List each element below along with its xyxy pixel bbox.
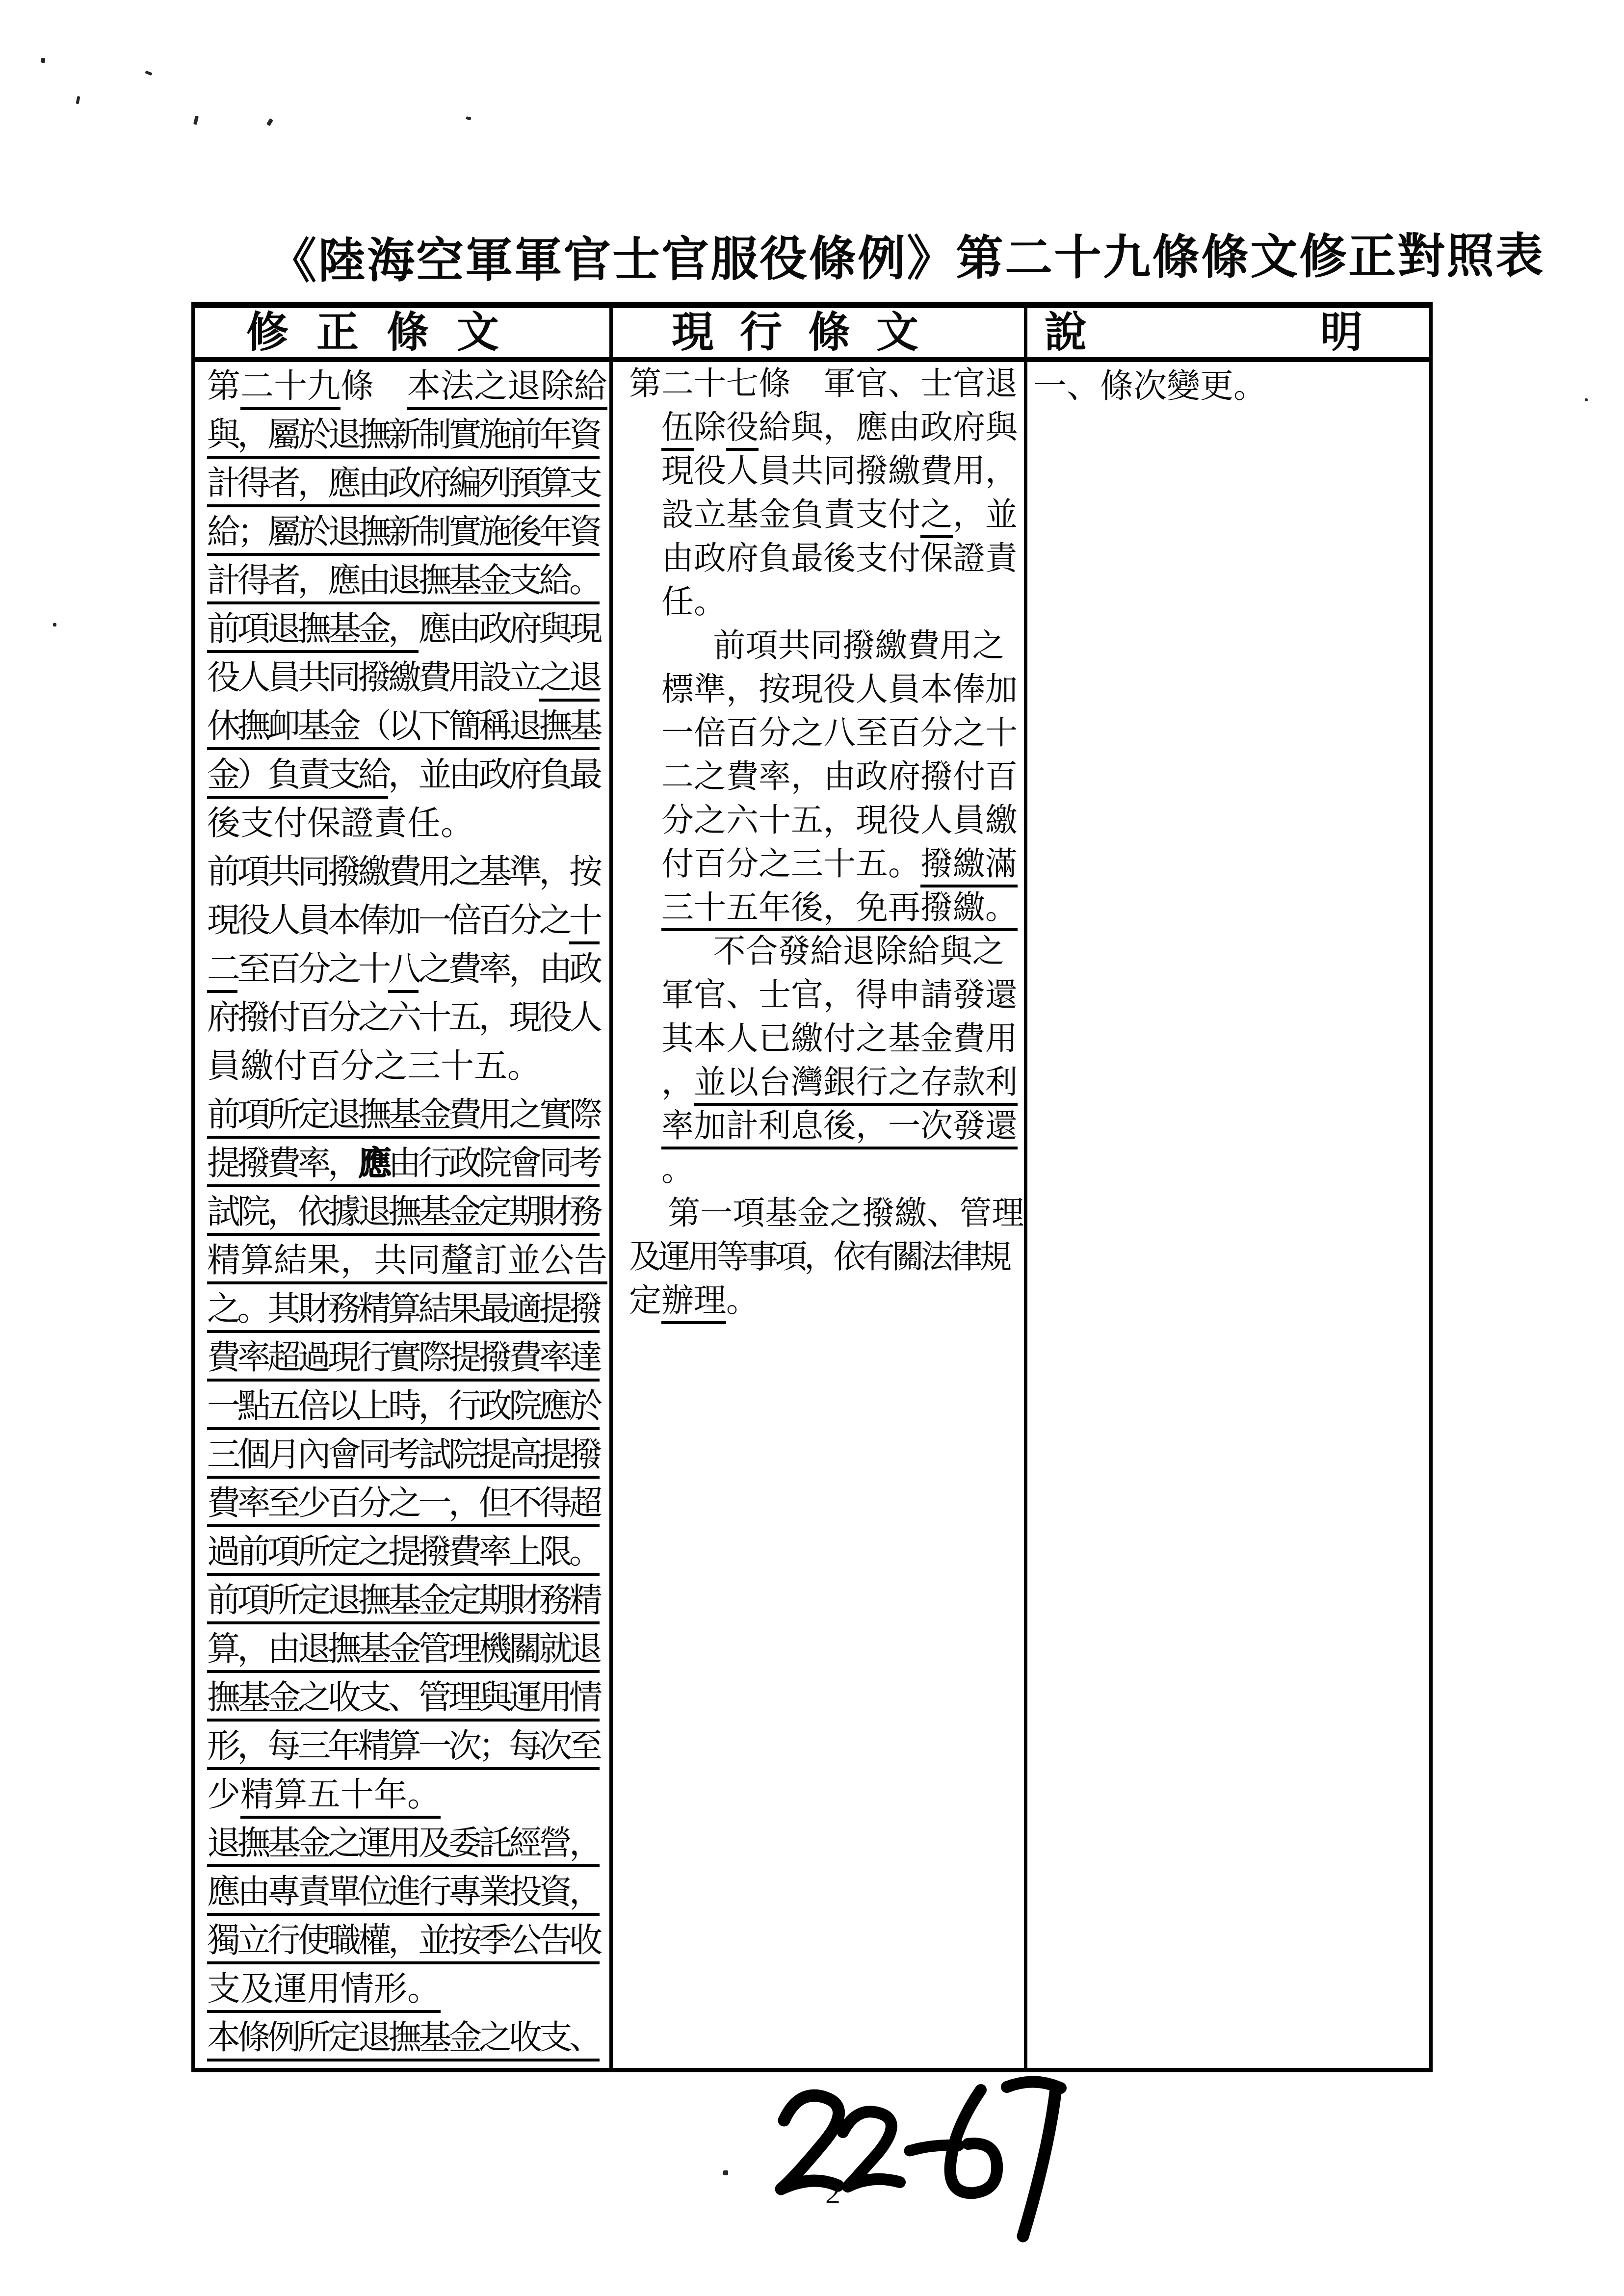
underlined-text: 獨立行使職權，並按季公告收 bbox=[207, 1922, 600, 1964]
text-line: 。 bbox=[661, 1148, 1024, 1192]
scan-speck bbox=[466, 116, 471, 120]
header-cell-current: 現行條文 bbox=[613, 308, 1027, 357]
plain-text: 軍官、士官退 bbox=[823, 366, 1018, 402]
underlined-text: 應由專責單位進行專業投資， bbox=[207, 1873, 600, 1916]
text-line: 前項共同撥繳費用之 bbox=[713, 624, 1024, 668]
text-line: 撫基金之收支、管理與運用情 bbox=[207, 1673, 609, 1722]
header-char: 說 bbox=[1045, 312, 1087, 354]
text-line: 員繳付百分之三十五。 bbox=[207, 1042, 609, 1091]
plain-text: 由政府負最後支付保證責 bbox=[661, 541, 1018, 576]
plain-text: 後支付保證責任。 bbox=[207, 805, 474, 842]
text-line: 後支付保證責任。 bbox=[207, 799, 609, 848]
text-line: 伍除役給與，應由政府與 bbox=[661, 406, 1024, 449]
document-title: 《陸海空軍軍官士官服役條例》第二十九條條文修正對照表 bbox=[269, 217, 1545, 291]
underlined-text: 本條例所定退撫基金之收支、 bbox=[207, 2019, 600, 2061]
underlined-text: 役 bbox=[726, 410, 759, 451]
text-line: 分之六十五，現役人員繳 bbox=[661, 799, 1024, 842]
plain-text: 任。 bbox=[661, 584, 726, 620]
underlined-text: 提撥費率， bbox=[207, 1145, 358, 1187]
plain-text: 條 bbox=[341, 367, 374, 405]
underlined-text: 二 bbox=[207, 950, 237, 993]
underlined-text: 過前項所定之提撥費率上限。 bbox=[207, 1533, 600, 1576]
scan-speck bbox=[76, 96, 80, 104]
underlined-text: 支及運用情形。 bbox=[207, 1970, 441, 2013]
text-line: 給；屬於退撫新制實施後年資 bbox=[207, 508, 609, 556]
text-line: 定辦理。 bbox=[629, 1279, 1024, 1323]
scan-speck bbox=[193, 115, 199, 125]
scan-speck bbox=[1585, 398, 1588, 401]
amended-text-cell: 第二十九條 本法之退除給與，屬於退撫新制實施前年資計得者，應由政府編列預算支給；… bbox=[195, 362, 613, 2068]
text-line: 之。其財務精算結果最適提撥 bbox=[207, 1285, 609, 1333]
plain-text: 付百分之三十五。 bbox=[661, 846, 920, 882]
text-line: 前項所定退撫基金費用之實際 bbox=[207, 1091, 609, 1139]
underlined-text: 之 bbox=[920, 497, 953, 538]
plain-text: 二之費率，由政府撥付百 bbox=[661, 759, 1018, 795]
scan-speck bbox=[53, 623, 56, 626]
plain-text: 府撥付百分之六十五，現役人 bbox=[207, 999, 600, 1036]
scan-speck bbox=[145, 71, 152, 76]
text-line: 過前項所定之提撥費率上限。 bbox=[207, 1528, 609, 1576]
text-line: 與，屬於退撫新制實施前年資 bbox=[207, 411, 609, 459]
text-line: 支及運用情形。 bbox=[207, 1965, 609, 2013]
text-line: 第二十七條 軍官、士官退 bbox=[629, 362, 1024, 406]
text-line: 軍官、士官，得申請發還 bbox=[661, 973, 1024, 1017]
text-line: ，並以台灣銀行之存款利 bbox=[661, 1061, 1024, 1104]
header-char: 行 bbox=[740, 312, 782, 354]
text-line: 二之費率，由政府撥付百 bbox=[661, 755, 1024, 799]
underlined-text: 精算五十年。 bbox=[240, 1776, 441, 1819]
plain-text: ，並 bbox=[953, 497, 1018, 533]
plain-text: ，並由政府負最 bbox=[388, 756, 600, 793]
plain-text: 第二十七條 bbox=[629, 366, 791, 402]
text-line: 設立基金負責支付之，並 bbox=[661, 493, 1024, 537]
text-line: 其本人已繳付之基金費用 bbox=[661, 1017, 1024, 1061]
plain-text bbox=[374, 367, 407, 405]
plain-text: 第 bbox=[207, 367, 240, 405]
header-char: 條 bbox=[808, 312, 850, 354]
header-char: 正 bbox=[316, 312, 359, 354]
underlined-text: 二十九 bbox=[240, 367, 341, 410]
plain-text: 一、條次變更。 bbox=[1033, 367, 1267, 405]
header-char: 現 bbox=[672, 312, 714, 354]
header-char: 修 bbox=[246, 312, 288, 354]
underlined-text: 精算結果，共同釐訂並公告 bbox=[207, 1242, 607, 1284]
underlined-text: 率加計利息後，一次發還 bbox=[661, 1108, 1018, 1149]
underlined-text: 並以台灣銀行之存款利 bbox=[694, 1065, 1018, 1106]
underlined-text: 計得者，應由退撫基金支給。 bbox=[207, 562, 600, 604]
text-line: 現役人員本俸加一倍百分之十 bbox=[207, 896, 609, 945]
underlined-text: 試院，依據退撫基金定期財務 bbox=[207, 1193, 600, 1236]
header-char: 明 bbox=[1320, 312, 1362, 354]
text-line: 費率至少百分之一，但不得超 bbox=[207, 1479, 609, 1528]
plain-text: 分之六十五，現役人員繳 bbox=[661, 803, 1018, 838]
text-line: 一點五倍以上時，行政院應於 bbox=[207, 1382, 609, 1431]
text-line: 役人員共同撥繳費用設立之退 bbox=[207, 653, 609, 702]
text-line: 一、條次變更。 bbox=[1033, 362, 1429, 411]
plain-text bbox=[791, 366, 823, 402]
underlined-text: 應 bbox=[358, 1145, 389, 1187]
text-line: 形，每三年精算一次；每次至 bbox=[207, 1722, 609, 1771]
explanation-text-cell: 一、條次變更。 bbox=[1027, 362, 1429, 2068]
text-line: 三十五年後，免再撥繳。 bbox=[661, 886, 1024, 930]
underlined-text: 撫基金之收支、管理與運用情 bbox=[207, 1679, 600, 1722]
underlined-text: 金）負責支給 bbox=[207, 756, 388, 799]
underlined-text: 給；屬於退撫新制實施後年資 bbox=[207, 513, 600, 556]
underlined-text: 退撫基金之運用及委託經營， bbox=[207, 1825, 600, 1867]
underlined-text: 前項所定退撫基金費用之實際 bbox=[207, 1096, 600, 1139]
plain-text: 標準，按現役人員本俸加 bbox=[661, 672, 1018, 707]
header-char: 條 bbox=[387, 312, 429, 354]
underlined-text: 由行政院會同考 bbox=[388, 1145, 600, 1187]
text-line: 提撥費率，應由行政院會同考 bbox=[207, 1139, 609, 1188]
handwritten-note bbox=[756, 2065, 1089, 2262]
text-line: 前項共同撥繳費用之基準，按 bbox=[207, 848, 609, 896]
plain-text: 軍官、士官，得申請發還 bbox=[661, 977, 1018, 1013]
text-line: 本條例所定退撫基金之收支、 bbox=[207, 2013, 609, 2062]
plain-text: 應由政府與現 bbox=[419, 610, 600, 648]
text-line: 應由專責單位進行專業投資， bbox=[207, 1868, 609, 1916]
text-line: 計得者，應由政府編列預算支 bbox=[207, 459, 609, 508]
underlined-text: 一點五倍以上時，行政院應於 bbox=[207, 1387, 600, 1430]
underlined-text: 之。其財務精算結果最適提撥 bbox=[207, 1290, 600, 1333]
text-line: 算，由退撫基金管理機關就退 bbox=[207, 1625, 609, 1673]
text-line: 及運用等事項，依有關法律規 bbox=[629, 1235, 1024, 1279]
text-line: 前項退撫基金，應由政府與現 bbox=[207, 605, 609, 653]
plain-text: 之費率，由政 bbox=[419, 950, 600, 988]
text-line: 休撫卹基金（以下簡稱退撫基 bbox=[207, 702, 609, 751]
plain-text: 及運用等事項，依有關法律規 bbox=[629, 1239, 1009, 1275]
plain-text: ， bbox=[661, 1065, 694, 1100]
plain-text: 員繳付百分之三十五。 bbox=[207, 1047, 541, 1085]
header-cell-amended: 修正條文 bbox=[195, 308, 613, 357]
underlined-text: 三個月內會同考試院提高提撥 bbox=[207, 1436, 600, 1479]
plain-text: 現役人員共同撥繳費用， bbox=[661, 453, 1018, 489]
scan-speck bbox=[723, 2170, 728, 2175]
text-line: 二至百分之十八之費率，由政 bbox=[207, 945, 609, 993]
text-line: 府撥付百分之六十五，現役人 bbox=[207, 993, 609, 1042]
underlined-text: 形，每三年精算一次；每次至 bbox=[207, 1727, 600, 1770]
page-number: 2 bbox=[825, 2176, 840, 2211]
plain-text: 其本人已繳付之基金費用 bbox=[661, 1021, 1018, 1057]
underlined-text: 三十五年後，免再撥繳。 bbox=[661, 890, 1018, 931]
plain-text: 現役人員本俸加一倍百分之 bbox=[207, 902, 569, 939]
plain-text: 。 bbox=[726, 1283, 759, 1319]
text-line: 退撫基金之運用及委託經營， bbox=[207, 1819, 609, 1868]
underlined-text: 前項所定退撫基金定期財務精 bbox=[207, 1582, 600, 1624]
plain-text: 除 bbox=[694, 410, 726, 445]
amendment-comparison-table: 修正條文 現行條文 說明 第二十九條 本法之退除給與，屬於退撫新制實施前年資計得… bbox=[191, 302, 1433, 2072]
underlined-text: 休撫卹基金（以下簡稱退撫基 bbox=[207, 707, 600, 750]
text-line: 率加計利息後，一次發還 bbox=[661, 1104, 1024, 1148]
plain-text: 給與，應由政府與 bbox=[759, 410, 1018, 445]
current-text-cell: 第二十七條 軍官、士官退伍除役給與，應由政府與現役人員共同撥繳費用，設立基金負責… bbox=[613, 362, 1027, 2068]
plain-text: 一倍百分之八至百分之十 bbox=[661, 715, 1018, 751]
header-char: 文 bbox=[457, 312, 499, 354]
table-body-row: 第二十九條 本法之退除給與，屬於退撫新制實施前年資計得者，應由政府編列預算支給；… bbox=[195, 362, 1429, 2068]
underlined-text: 費率至少百分之一，但不得超 bbox=[207, 1485, 600, 1527]
underlined-text: 十 bbox=[569, 902, 600, 944]
text-line: 現役人員共同撥繳費用， bbox=[661, 449, 1024, 493]
plain-text: 役人員共同撥繳費用設立 bbox=[207, 659, 539, 696]
scan-speck bbox=[41, 58, 45, 63]
text-line: 獨立行使職權，並按季公告收 bbox=[207, 1916, 609, 1965]
text-line: 不合發給退除給與之 bbox=[713, 930, 1024, 973]
table-header-row: 修正條文 現行條文 說明 bbox=[195, 308, 1429, 362]
underlined-text: 前項退撫基金， bbox=[207, 610, 419, 653]
underlined-text: 之退 bbox=[539, 659, 600, 702]
text-line: 由政府負最後支付保證責 bbox=[661, 537, 1024, 580]
text-line: 費率超過現行實際提撥費率達 bbox=[207, 1333, 609, 1382]
underlined-text: 與，屬於退撫新制實施前年資 bbox=[207, 416, 600, 459]
handwritten-note-text: 22-67 bbox=[0, 0, 0, 0]
text-line: 第一項基金之撥繳、管理 bbox=[668, 1192, 1024, 1235]
text-line: 第二十九條 本法之退除給 bbox=[207, 362, 609, 411]
plain-text: 不合發給退除給與之 bbox=[713, 934, 1005, 969]
plain-text: 設立基金負責支付 bbox=[661, 497, 920, 533]
plain-text: 少 bbox=[207, 1776, 240, 1813]
underlined-text: 計得者，應由政府編列預算支 bbox=[207, 465, 600, 507]
underlined-text: 撥繳滿 bbox=[920, 846, 1018, 887]
plain-text: 定 bbox=[629, 1283, 661, 1319]
scanned-document-page: 《陸海空軍軍官士官服役條例》第二十九條條文修正對照表 修正條文 現行條文 說明 … bbox=[0, 0, 1624, 2296]
header-char: 文 bbox=[876, 312, 918, 354]
text-line: 精算結果，共同釐訂並公告 bbox=[207, 1236, 609, 1285]
header-cell-explanation: 說明 bbox=[1027, 308, 1429, 357]
plain-text: 至百分之十 bbox=[237, 950, 389, 988]
text-line: 金）負責支給，並由政府負最 bbox=[207, 751, 609, 799]
underlined-text: 辦理 bbox=[661, 1283, 726, 1324]
underlined-text: 算，由退撫基金管理機關就退 bbox=[207, 1630, 600, 1673]
text-line: 前項所定退撫基金定期財務精 bbox=[207, 1576, 609, 1625]
plain-text: 前項共同撥繳費用之 bbox=[713, 628, 1005, 664]
underlined-text: 本法之退除給 bbox=[407, 367, 607, 410]
text-line: 標準，按現役人員本俸加 bbox=[661, 668, 1024, 711]
text-line: 少精算五十年。 bbox=[207, 1771, 609, 1819]
scan-speck bbox=[266, 118, 273, 126]
text-line: 三個月內會同考試院提高提撥 bbox=[207, 1431, 609, 1479]
underlined-text: 八 bbox=[388, 950, 419, 993]
plain-text: 。 bbox=[661, 1152, 694, 1188]
text-line: 任。 bbox=[661, 580, 1024, 624]
plain-text: 前項共同撥繳費用之基準，按 bbox=[207, 853, 600, 890]
underlined-text: 費率超過現行實際提撥費率達 bbox=[207, 1339, 600, 1382]
text-line: 付百分之三十五。撥繳滿 bbox=[661, 842, 1024, 886]
underlined-text: 伍 bbox=[661, 410, 694, 451]
text-line: 試院，依據退撫基金定期財務 bbox=[207, 1188, 609, 1236]
text-line: 一倍百分之八至百分之十 bbox=[661, 711, 1024, 755]
plain-text: 第一項基金之撥繳、管理 bbox=[668, 1196, 1024, 1231]
text-line: 計得者，應由退撫基金支給。 bbox=[207, 556, 609, 605]
